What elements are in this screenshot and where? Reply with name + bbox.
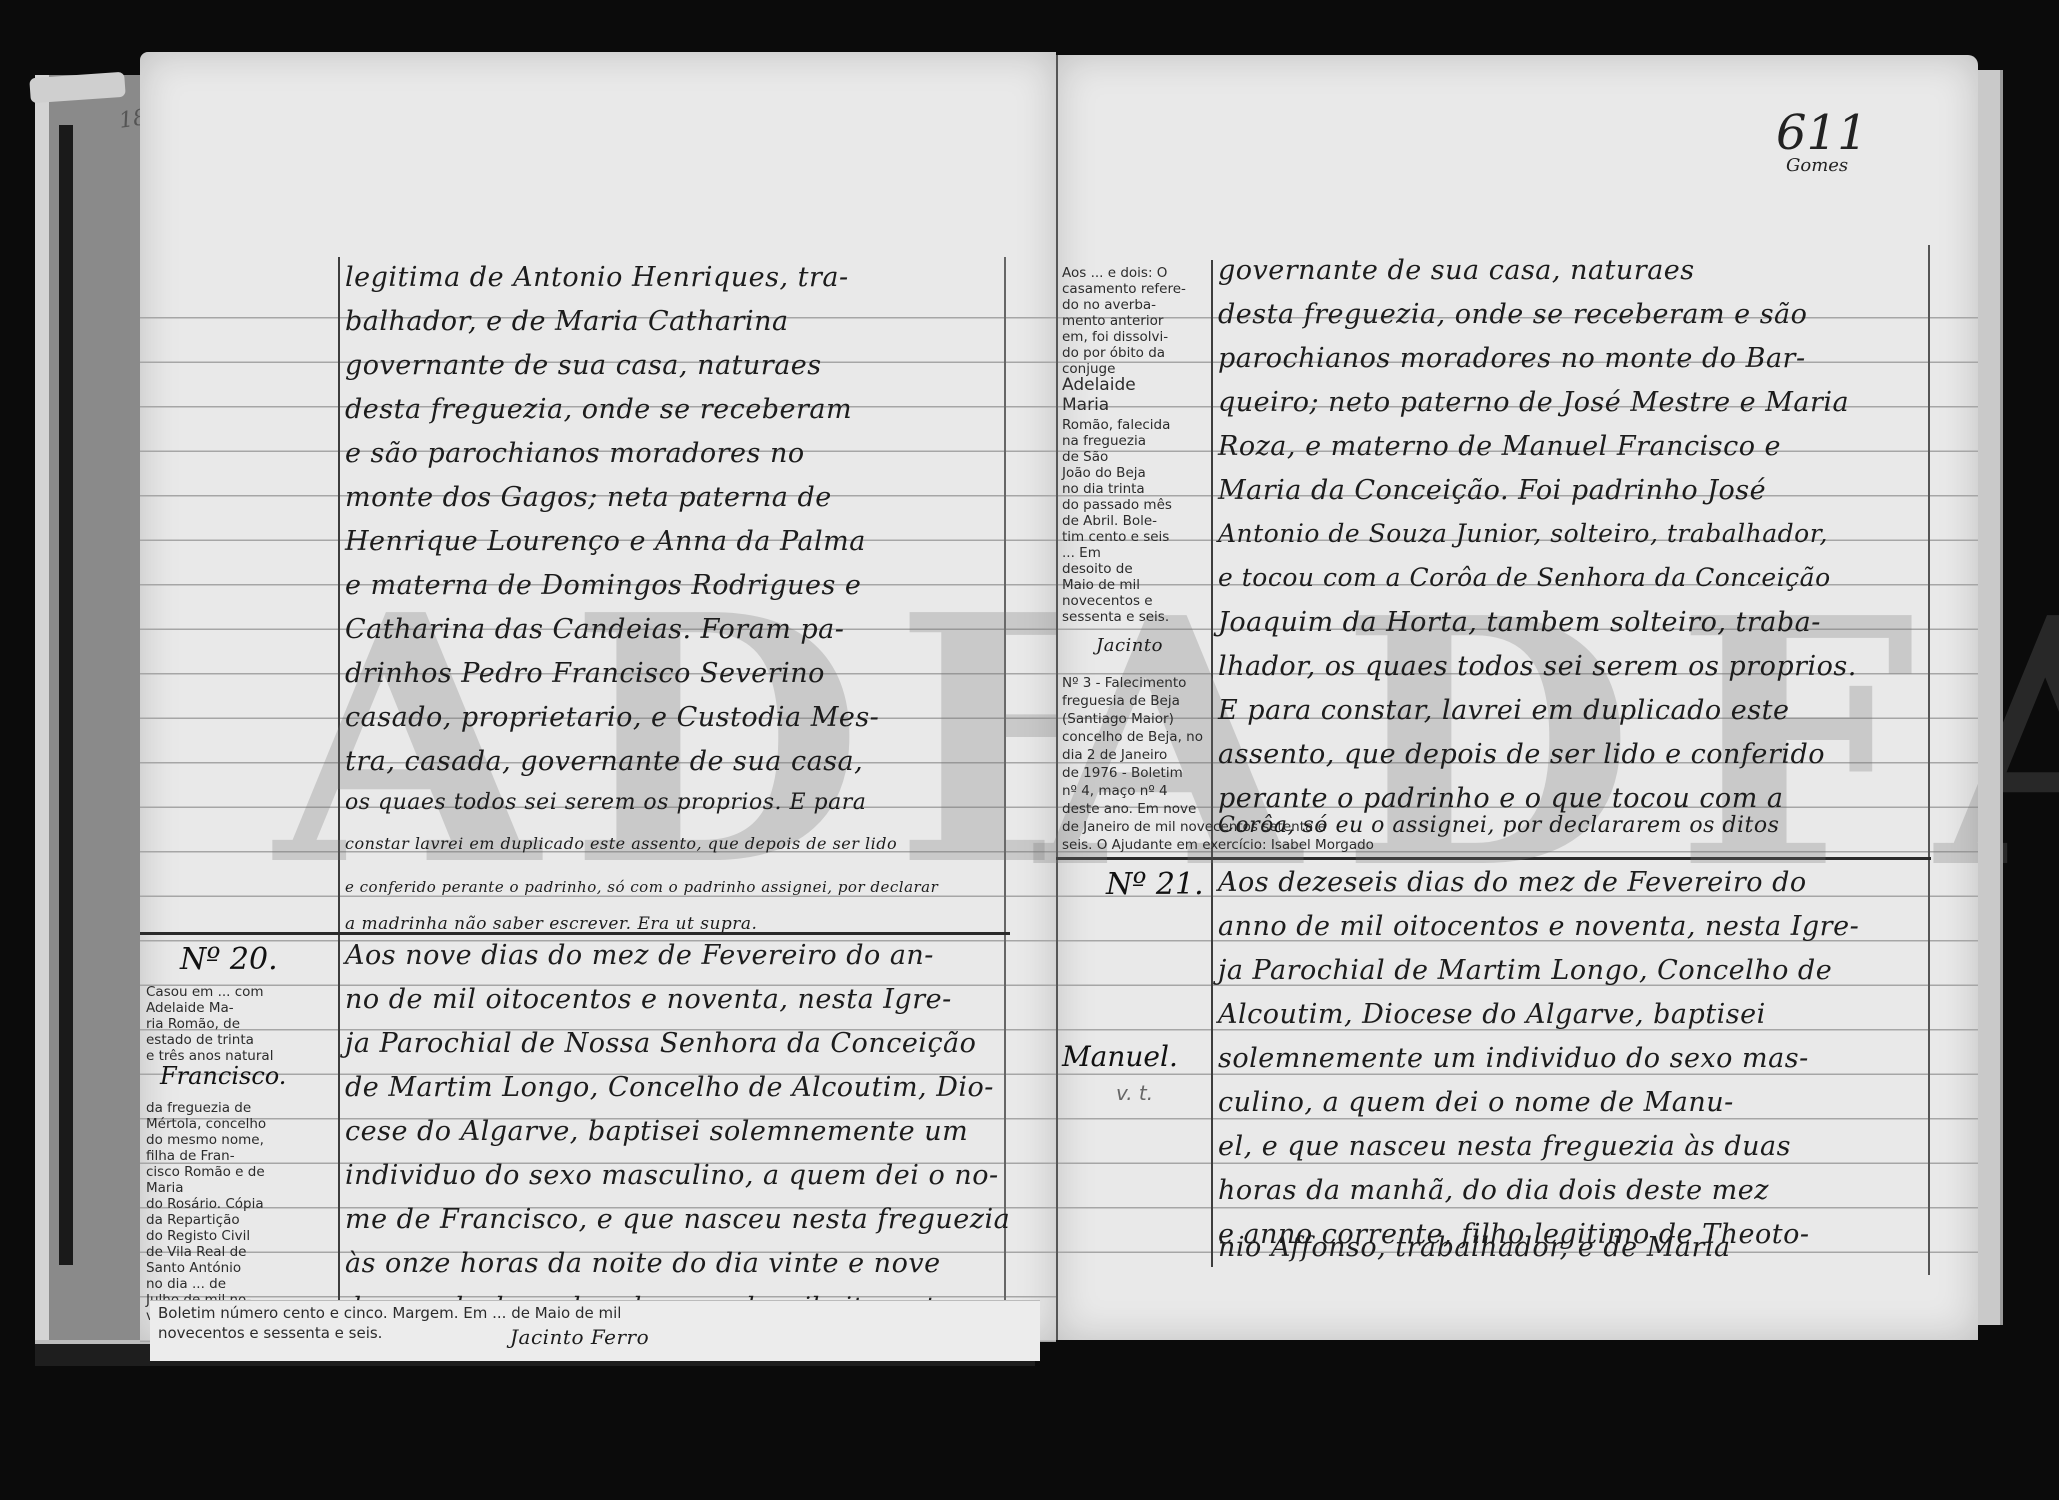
margin-note-line: do Rosário. Cópia — [146, 1196, 264, 1212]
margin-note-line: no dia ... de — [146, 1276, 226, 1292]
margin-note-line: casamento refere- — [1062, 281, 1186, 297]
margin-note-line: Nº 3 - Falecimento — [1062, 675, 1186, 691]
text-line: anno de mil oitocentos e noventa, nesta … — [1218, 911, 1859, 942]
footer-signature: Jacinto Ferro — [510, 1325, 649, 1349]
text-line: culino, a quem dei o nome de Manu- — [1218, 1087, 1734, 1118]
text-line: e conferido perante o padrinho, só com o… — [345, 878, 938, 896]
text-line: governante de sua casa, naturaes — [1218, 255, 1695, 286]
margin-note-line: de Vila Real de — [146, 1244, 246, 1260]
text-line: Catharina das Candeias. Foram pa- — [345, 614, 844, 645]
text-line: a madrinha não saber escrever. Era ut su… — [345, 914, 757, 934]
right-page: ADFAR 611 Gomes Aos ... e dois: O casame… — [1056, 55, 1978, 1340]
text-line: E para constar, lavrei em duplicado este — [1218, 695, 1789, 726]
text-line: drinhos Pedro Francisco Severino — [345, 658, 825, 689]
text-line: solemnemente um individuo do sexo mas- — [1218, 1043, 1809, 1074]
text-line: desta freguezia, onde se receberam — [345, 394, 852, 425]
margin-note-line: Maria — [146, 1180, 184, 1196]
entry-number: Nº 20. — [180, 942, 278, 977]
margin-note-line: do por óbito da — [1062, 345, 1165, 361]
margin-note-line: novecentos e — [1062, 593, 1153, 609]
footer-note-line: Boletim número cento e cinco. Margem. Em… — [158, 1305, 621, 1321]
text-line: assento, que depois de ser lido e confer… — [1218, 739, 1825, 770]
margin-note-line: tim cento e seis — [1062, 529, 1169, 545]
text-line: lhador, os quaes todos sei serem os prop… — [1218, 651, 1857, 682]
text-line: constar lavrei em duplicado este assento… — [345, 834, 897, 853]
text-line: Aos nove dias do mez de Fevereiro do an- — [345, 940, 934, 971]
folio-number: 611 — [1776, 105, 1868, 161]
text-line: Henrique Lourenço e Anna da Palma — [345, 526, 866, 557]
margin-mark: v. t. — [1116, 1085, 1153, 1101]
text-line: desta freguezia, onde se receberam e são — [1218, 299, 1807, 330]
margin-note-line: sessenta e seis. — [1062, 609, 1169, 625]
text-line: perante o padrinho e o que tocou com a — [1218, 783, 1783, 814]
margin-note-line: estado de trinta — [146, 1032, 254, 1048]
margin-note-line: Adelaide — [1062, 377, 1136, 393]
margin-note-line: (Santiago Maior) — [1062, 711, 1174, 727]
margin-note-line: de 1976 - Boletim — [1062, 765, 1183, 781]
text-line: ja Parochial de Nossa Senhora da Conceiç… — [345, 1028, 976, 1059]
margin-note-line: concelho de Beja, no — [1062, 729, 1203, 745]
margin-note-line: Maio de mil — [1062, 577, 1140, 593]
text-line: queiro; neto paterno de José Mestre e Ma… — [1218, 387, 1849, 418]
text-line: de Martim Longo, Concelho de Alcoutim, D… — [345, 1072, 994, 1103]
margin-note-line: na freguezia — [1062, 433, 1146, 449]
footer-annotation-strip: Boletim número cento e cinco. Margem. Em… — [150, 1300, 1040, 1361]
text-line: Joaquim da Horta, tambem solteiro, traba… — [1218, 607, 1821, 638]
page-stack-edge — [1978, 70, 2003, 1325]
margin-note-line: Maria — [1062, 397, 1109, 413]
margin-note-line: ria Romão, de — [146, 1016, 240, 1032]
margin-note-line: deste ano. Em nove — [1062, 801, 1196, 817]
margin-note-line: de São — [1062, 449, 1108, 465]
margin-note-line: de Abril. Bole- — [1062, 513, 1157, 529]
margin-note-line: do passado mês — [1062, 497, 1172, 513]
text-line: Aos dezeseis dias do mez de Fevereiro do — [1218, 867, 1807, 898]
margin-note-line: freguesia de Beja — [1062, 693, 1180, 709]
text-line: e tocou com a Corôa de Senhora da Concei… — [1218, 563, 1831, 592]
text-line: individuo do sexo masculino, a quem dei … — [345, 1160, 999, 1191]
text-line: ja Parochial de Martim Longo, Concelho d… — [1218, 955, 1832, 986]
text-line: nio Affonso, trabalhador, e de Maria — [1218, 1232, 1731, 1263]
margin-note-line: cisco Romão e de — [146, 1164, 265, 1180]
margin-note-line: João do Beja — [1062, 465, 1146, 481]
baptized-name: Manuel. — [1062, 1040, 1178, 1073]
text-line: Alcoutim, Diocese do Algarve, baptisei — [1218, 999, 1766, 1030]
text-line: parochianos moradores no monte do Bar- — [1218, 343, 1806, 374]
text-line: governante de sua casa, naturaes — [345, 350, 822, 381]
margin-note-line: da Repartição — [146, 1212, 240, 1228]
baptized-name: Francisco. — [160, 1062, 286, 1090]
margin-note-line: da freguezia de — [146, 1100, 251, 1116]
text-line: me de Francisco, e que nasceu nesta freg… — [345, 1204, 1010, 1235]
text-line: no de mil oitocentos e noventa, nesta Ig… — [345, 984, 952, 1015]
text-line: e materna de Domingos Rodrigues e — [345, 570, 861, 601]
text-line: e são parochianos moradores no — [345, 438, 805, 469]
margin-note-line: em, foi dissolvi- — [1062, 329, 1168, 345]
text-line: horas da manhã, do dia dois deste mez — [1218, 1175, 1769, 1206]
margin-note-line: do mesmo nome, — [146, 1132, 264, 1148]
text-line: cese do Algarve, baptisei solemnemente u… — [345, 1116, 968, 1147]
text-line: Corôa, só eu o assignei, por declararem … — [1218, 813, 1779, 838]
margin-note-line: desoito de — [1062, 561, 1133, 577]
text-line: Antonio de Souza Junior, solteiro, traba… — [1218, 519, 1828, 548]
margin-note-line: mento anterior — [1062, 313, 1163, 329]
margin-note-line: Aos ... e dois: O — [1062, 265, 1167, 281]
cover-spine-strip — [59, 125, 73, 1265]
margin-note-line: no dia trinta — [1062, 481, 1145, 497]
text-line: el, e que nasceu nesta freguezia às duas — [1218, 1131, 1791, 1162]
text-line: balhador, e de Maria Catharina — [345, 306, 789, 337]
text-line: Maria da Conceição. Foi padrinho José — [1218, 475, 1766, 506]
margin-note-line: do Registo Civil — [146, 1228, 250, 1244]
margin-note-line: nº 4, maço nº 4 — [1062, 783, 1168, 799]
margin-note-line: seis. O Ajudante em exercício: Isabel Mo… — [1062, 837, 1374, 853]
margin-note-line: filha de Fran- — [146, 1148, 235, 1164]
margin-note-line: Romão, falecida — [1062, 417, 1170, 433]
text-line: às onze horas da noite do dia vinte e no… — [345, 1248, 941, 1279]
margin-note-line: do no averba- — [1062, 297, 1156, 313]
margin-note-line: Santo António — [146, 1260, 241, 1276]
entry-number: Nº 21. — [1106, 867, 1204, 902]
margin-note-signature: Jacinto — [1096, 635, 1163, 656]
margin-note-line: Mértola, concelho — [146, 1116, 266, 1132]
text-line: legitima de Antonio Henriques, tra- — [345, 262, 849, 293]
left-page: ADFAR legitima de Antonio Henriques, tra… — [140, 52, 1056, 1342]
text-line: Roza, e materno de Manuel Francisco e — [1218, 431, 1781, 462]
text-line: tra, casada, governante de sua casa, — [345, 746, 863, 777]
text-line: os quaes todos sei serem os proprios. E … — [345, 790, 866, 815]
margin-note-line: Casou em ... com — [146, 984, 264, 1000]
margin-note-line: dia 2 de Janeiro — [1062, 747, 1167, 763]
text-line: monte dos Gagos; neta paterna de — [345, 482, 832, 513]
footer-note-line: novecentos e sessenta e seis. — [158, 1325, 382, 1341]
folio-signature: Gomes — [1786, 155, 1848, 176]
text-line: casado, proprietario, e Custodia Mes- — [345, 702, 879, 733]
margin-note-line: Adelaide Ma- — [146, 1000, 234, 1016]
margin-note-line: ... Em — [1062, 545, 1101, 561]
